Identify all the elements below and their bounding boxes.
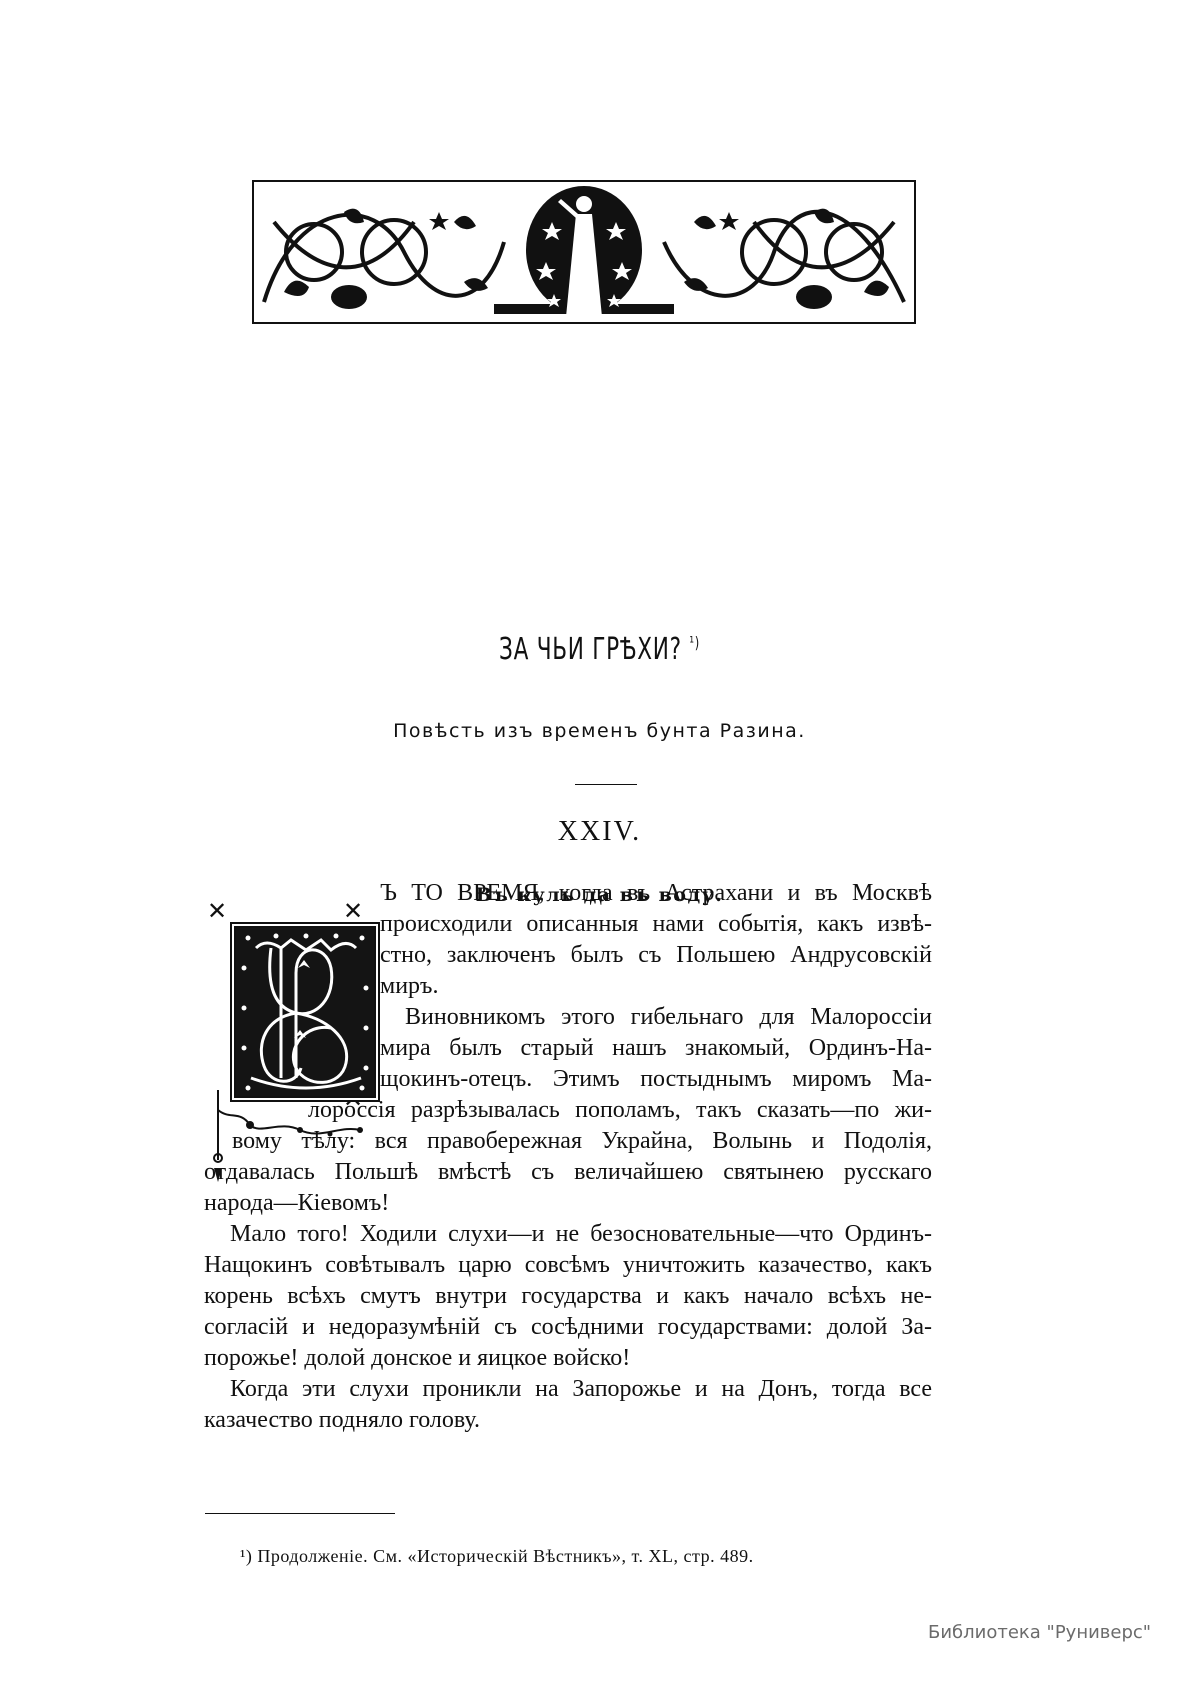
title-footnote-mark: ¹) [689, 633, 700, 652]
cross-ornament-icon: ✕ [343, 900, 363, 924]
paragraph-line: казачество подняло голову. [204, 1407, 480, 1434]
paragraph-line: происходили описанныя нами событія, какъ… [380, 911, 932, 938]
story-title-text: ЗА ЧЬИ ГРѢХИ? [499, 632, 682, 667]
paragraph-line: миръ. [380, 973, 438, 1000]
paragraph-line: Виновникомъ этого гибельнаго для Малорос… [405, 1004, 932, 1031]
book-page: ЗА ЧЬИ ГРѢХИ? ¹) Повѣсть изъ временъ бун… [0, 0, 1199, 1693]
paragraph-line: Когда эти слухи проникли на Запорожье и … [230, 1376, 932, 1403]
library-watermark: Библиотека "Руниверс" [928, 1622, 1151, 1643]
paragraph-line: народа—Кіевомъ! [204, 1190, 389, 1217]
footnote-mark: ¹) [240, 1546, 252, 1566]
cross-ornament-icon: ✕ [207, 900, 227, 924]
paragraph-line: порожье! долой донское и яицкое войско! [204, 1345, 630, 1372]
paragraph-line: согласій и недоразумѣній съ сосѣдними го… [204, 1314, 932, 1341]
footnote-divider [205, 1513, 395, 1514]
footnote: ¹) Продолженіе. См. «Историческій Вѣстни… [240, 1546, 754, 1567]
paragraph-line: корень всѣхъ смутъ внутри государства и … [204, 1283, 932, 1310]
paragraph-line: отдавалась Польшѣ вмѣстѣ съ величайшею с… [204, 1159, 932, 1186]
paragraph-line: Нащокинъ совѣтывалъ царю совсѣмъ уничтож… [204, 1252, 932, 1279]
engraving-ornament-icon [254, 182, 914, 322]
paragraph-line: лороссія разрѣзывалась пополамъ, такъ ск… [308, 1097, 932, 1124]
story-subtitle: Повѣсть изъ временъ бунта Разина. [0, 720, 1199, 742]
section-divider [575, 784, 637, 785]
knotwork-letter-v-icon [236, 928, 374, 1096]
chapter-number: XXIV. [0, 816, 1199, 848]
paragraph-line: щокинъ-отецъ. Этимъ постыднымъ миромъ Ма… [380, 1066, 932, 1093]
paragraph-line: вому тѣлу: вся правобережная Украйна, Во… [232, 1128, 932, 1155]
paragraph-line: Мало того! Ходили слухи—и не безосновате… [230, 1221, 932, 1248]
ornamental-headpiece-icon [252, 180, 916, 324]
paragraph-line: мира былъ старый нашъ знакомый, Ординъ-Н… [380, 1035, 932, 1062]
paragraph-line: Ъ ТО ВРЕМЯ, когда въ Астрахани и въ Моск… [380, 880, 932, 907]
story-title: ЗА ЧЬИ ГРѢХИ? ¹) [168, 632, 1031, 667]
ornamental-initial-letter-icon [234, 926, 376, 1098]
paragraph-line: стно, заключенъ былъ съ Польшею Андрусов… [380, 942, 932, 969]
footnote-text: Продолженіе. См. «Историческій Вѣстникъ»… [257, 1546, 753, 1566]
